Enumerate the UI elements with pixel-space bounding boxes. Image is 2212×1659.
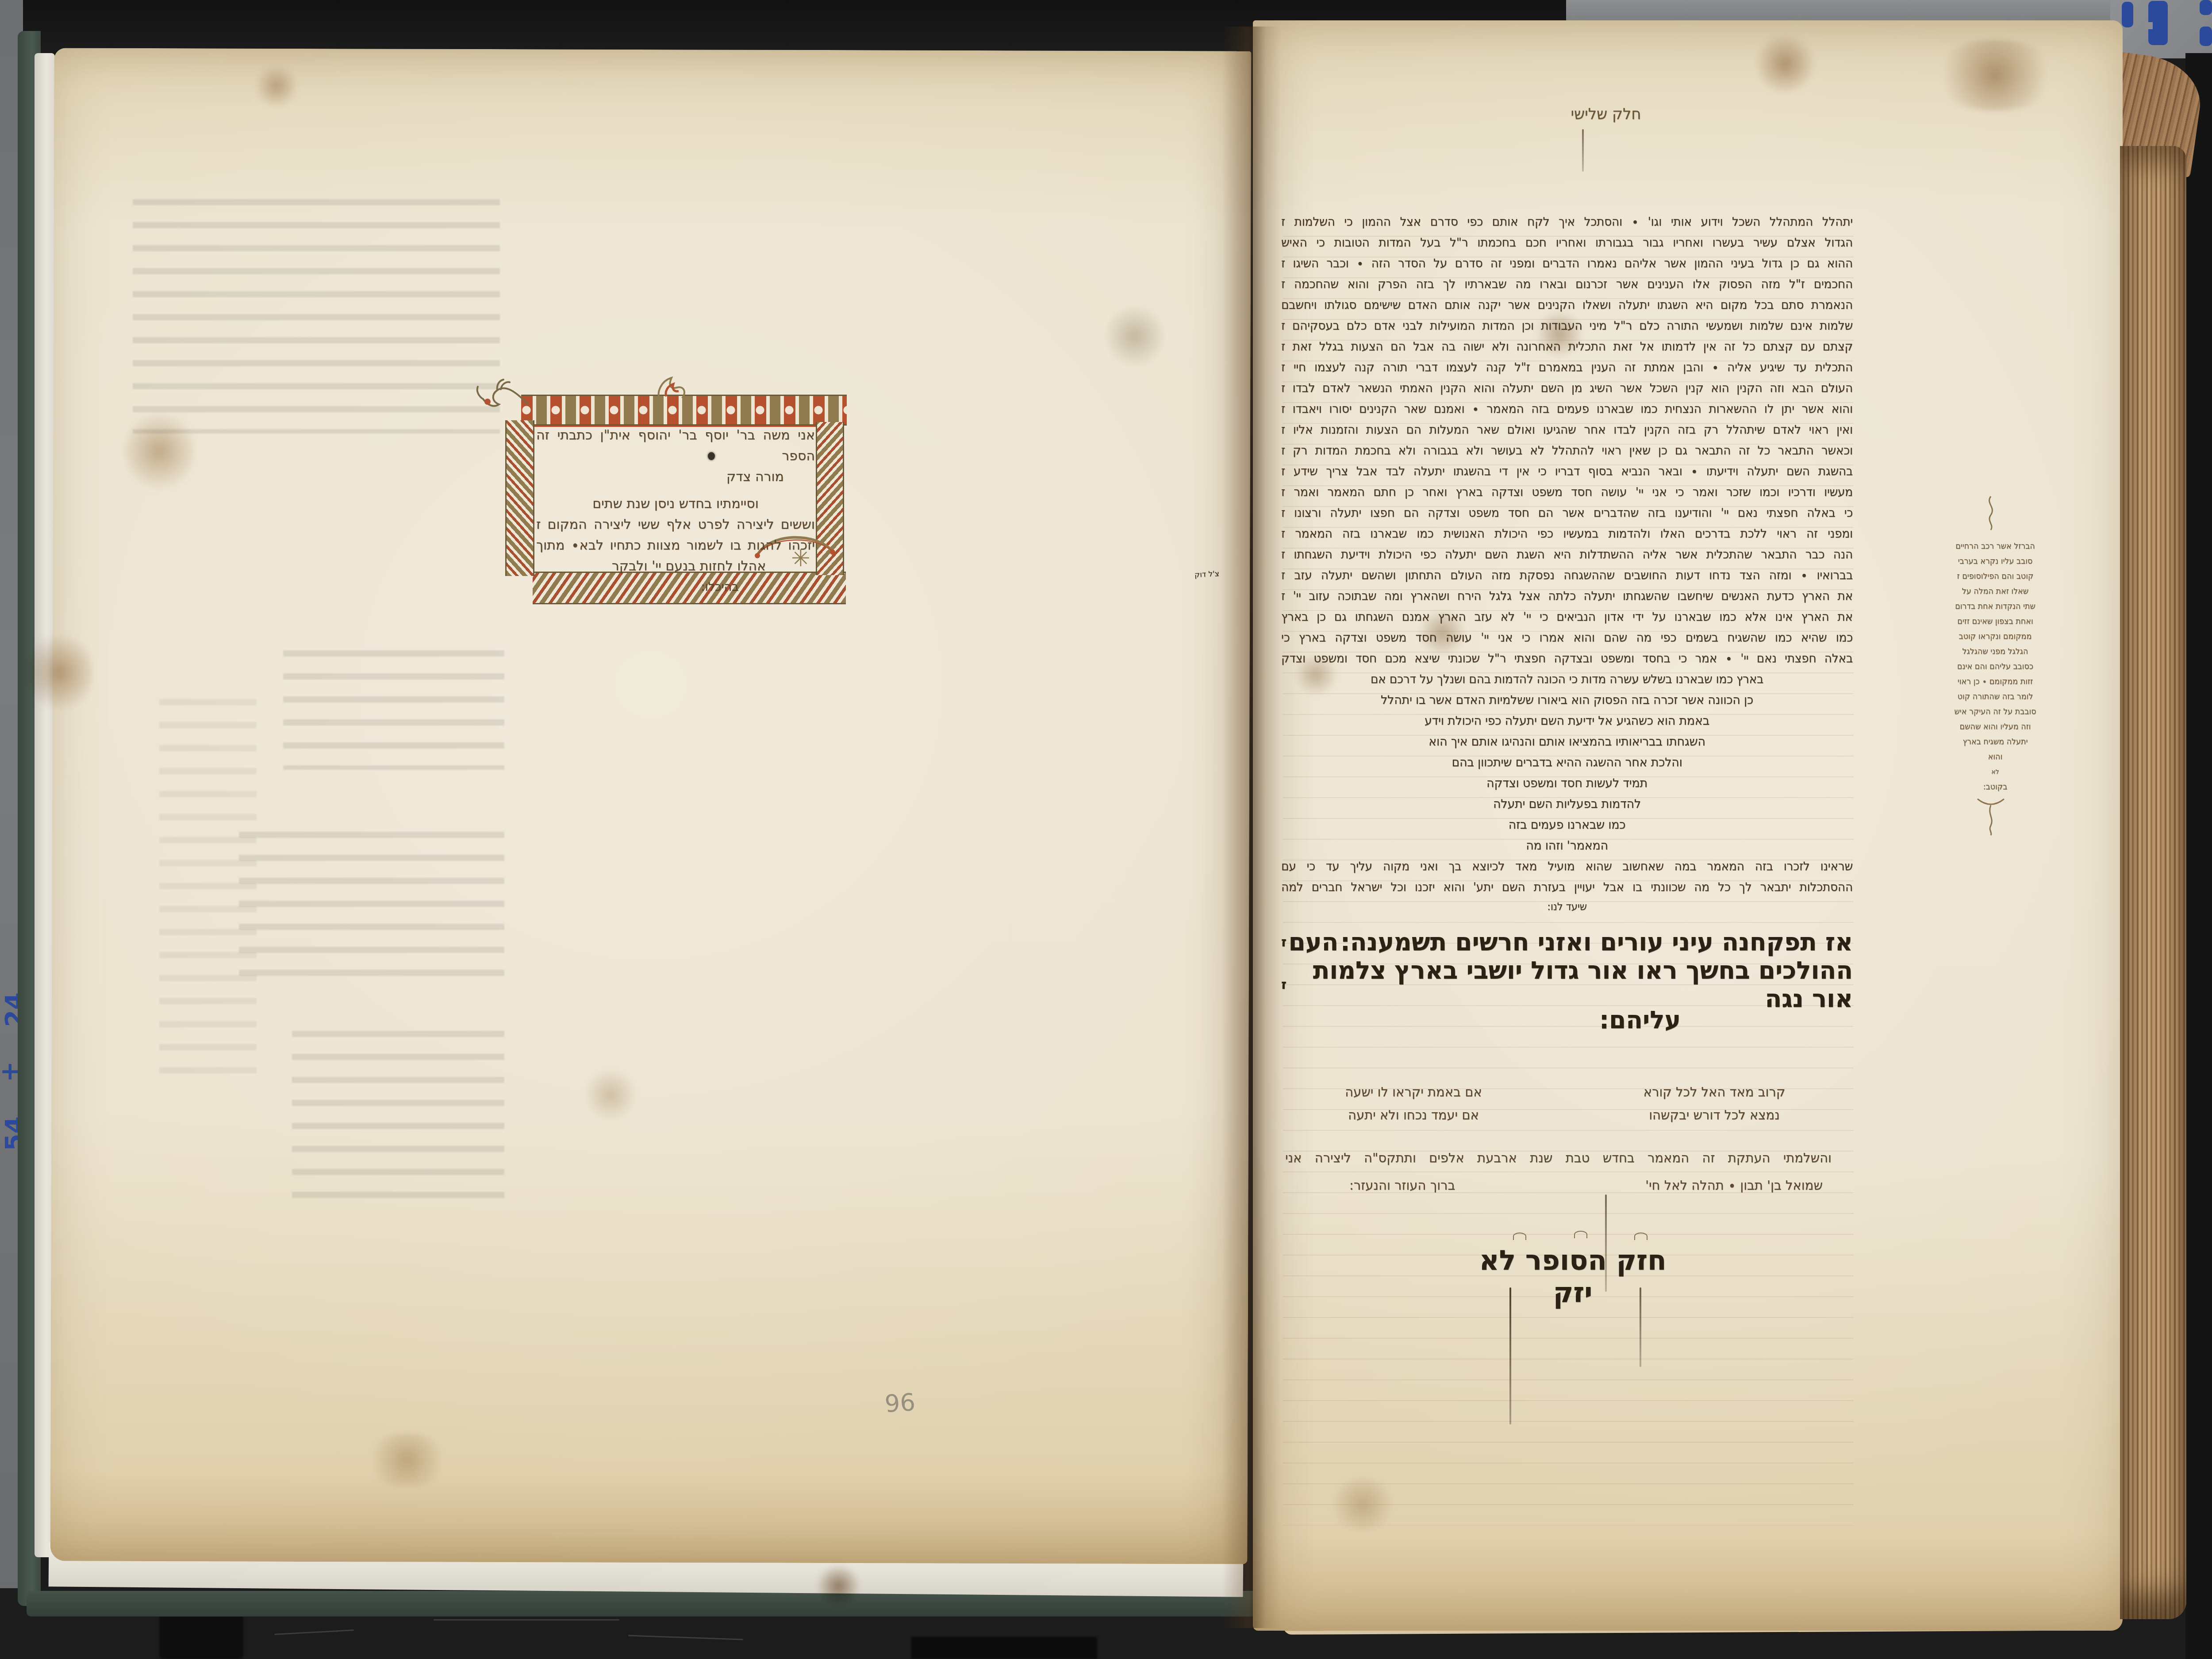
taper-line: באמת הוא כשהגיע אל ידיעת השם יתעלה כפי ה… [1281, 714, 1853, 735]
text-line: מעשיו ודרכיו וכמו שזכר ואמר כי אני יי' ע… [1281, 485, 1853, 506]
text-line: בברואיו ∙ ומזה הצד נדחו דעות החושבים שהה… [1281, 568, 1853, 589]
pencil-folio-number: 96 [884, 1388, 916, 1418]
margin-note-line: לומר בזה שהתורה קוט [1943, 689, 2047, 704]
verse-text: ההולכים בחשך ראו אור גדול יושבי בארץ צלמ… [1286, 956, 1853, 1013]
scribe-blessing: חזק הסופר לא יזק [1473, 1244, 1672, 1309]
text-line: כי באלה חפצתי נאם יי' והודיענו בזה שהדבר… [1281, 506, 1853, 527]
stain [814, 1566, 863, 1606]
stain [363, 1433, 451, 1486]
text-line: את הארץ כדעת האנשים שיחשבו שהשגחתו יתעלה… [1281, 589, 1853, 610]
running-title: חלק שלישי [1548, 105, 1663, 123]
stain [27, 628, 93, 717]
text-line: ואין ראוי לאדם שיתהלל רק בזה הקנין לבדו … [1281, 423, 1853, 444]
descender-stroke [1640, 1287, 1641, 1367]
descender-stroke [1509, 1287, 1511, 1425]
taper-line: והלכת אחר ההשגה ההיא בדברים שיתכוון בהם [1281, 756, 1853, 776]
text-line: יתהלל המתהלל השכל וידוע אותי וגו' ∙ והסת… [1281, 215, 1853, 236]
stain [124, 407, 195, 495]
label-letter-fragment [2122, 2, 2133, 27]
taper-line: המאמר' וזהו מה [1281, 839, 1853, 860]
interlace-chain-icon [505, 420, 534, 576]
colophon-line: וסיימתיו בחדש ניסן שנת שתים [536, 493, 815, 514]
descender-stroke [1605, 1194, 1607, 1292]
taper-line: כמו שבארנו פעמים בזה [1281, 818, 1853, 839]
translator-colophon-name: שמואל בן' תבון ∙ תהלה לאל חי' [1575, 1178, 1823, 1193]
text-line: וכאשר התבאר כל זה התבאר גם כן שאין ראוי … [1281, 444, 1853, 465]
gutter-shadow [1222, 27, 1280, 1628]
running-title-descender [1582, 129, 1584, 172]
background-right-edge [2185, 53, 2212, 1659]
margin-flourish-icon [1978, 495, 2004, 531]
main-text-block: יתהלל המתהלל השכל וידוע אותי וגו' ∙ והסת… [1281, 215, 1853, 1048]
margin-note-tail: והוא [1943, 749, 2047, 764]
text-line: בהשגת השם יתעלה וידיעתו ∙ ובאר הנביא בסו… [1281, 465, 1853, 485]
verse-text: אז תפקחנה עיני עורים ואזני חרשים תשמענה: [1340, 928, 1853, 956]
taper-line: תמיד לעשות חסד ומשפט וצדקה [1281, 776, 1853, 797]
text-line: העולם הבא וזה הקנין הוא קנין השכל אשר הש… [1281, 381, 1853, 402]
label-letter-notch [2145, 22, 2153, 29]
margin-note-line: הגלגל מפני שהגלגל [1943, 644, 2047, 659]
label-letter-fragment [2200, 27, 2212, 46]
text-line: הנאמרת סתם בכל מקום היא השגתו יתעלה ושאל… [1281, 298, 1853, 319]
margin-note-line: שאלו זאת המלה על [1943, 584, 2047, 599]
closing-line: שראינו לזכרו בזה המאמר במה שאחשוב שהוא מ… [1281, 860, 1853, 880]
poem-line: קרוב מאד האל לכל קורא [1610, 1080, 1818, 1103]
poem-line: אם באמת יקראו לו ישעה [1310, 1080, 1517, 1103]
translator-colophon-blessing: ברוך העוזר והנעזר: [1349, 1178, 1535, 1193]
bleedthrough-text [292, 1018, 504, 1203]
translator-colophon-line: והשלמתי העתקת זה המאמר בחדש טבת שנת ארבע… [1285, 1150, 1832, 1165]
text-line: התכלית עד שיגיע אליה ∙ והבן אמתת זה העני… [1281, 361, 1853, 381]
crown-flourish-icon [1634, 1233, 1647, 1240]
colophon-line: אהלו לחזות בנעם יי' ולבקר [536, 556, 815, 576]
scratch-mark [434, 1619, 619, 1621]
bleedthrough-text [239, 818, 504, 987]
flame-flourish-icon [651, 374, 691, 405]
text-line: הנה כבר התבאר שהתכלית אשר אליה ההשתדלות … [1281, 548, 1853, 568]
text-line: את הארץ אינו אלא כמו שבארנו על ידי אדון … [1281, 610, 1853, 631]
bleedthrough-text [283, 637, 504, 770]
colophon-line: וששים ליצירה לפרט אלף ששי ליצירה המקום ז [536, 514, 815, 535]
text-line: ההוא גם כן גדול בעיני ההמון אשר אליהם נא… [1281, 257, 1853, 277]
colophon-line: מורה צדק [536, 466, 815, 487]
text-line: החכמים ז"ל מזה הפסוק אלו הענינים אשר זכר… [1281, 277, 1853, 298]
clamp-shadow [911, 1637, 1097, 1659]
colophon-line: יזכהו להגות בו לשמור מצוות כתחיו לבא∙ מת… [536, 535, 815, 556]
margin-note-tail: לא [1943, 764, 2047, 780]
margin-note-line: סובבת על זה העיקר איש [1943, 704, 2047, 719]
stain [1106, 301, 1164, 372]
bleedthrough-text [133, 186, 500, 434]
verse-text: העם [1289, 928, 1339, 956]
margin-note-line: הברזל אשר רכב הרחיים [1943, 539, 2047, 554]
margin-note-line: יתעלה משגיח בארץ [1943, 734, 2047, 749]
colophon-box: ✳ אני משה בר' יוסף בר' יהוסף אית"ן כתבתי… [505, 391, 847, 606]
colophon-line: אני משה בר' יוסף בר' יהוסף אית"ן כתבתי ז… [536, 425, 815, 466]
crown-flourish-icon [1513, 1233, 1526, 1240]
margin-note-line: כסובב עליהם והם אינם [1943, 659, 2047, 674]
dragon-head-icon [474, 377, 532, 430]
stain [584, 1066, 637, 1124]
margin-note-line: ממקומם ונקראו קוטב [1943, 629, 2047, 644]
text-line: שלמות אינם שלמות ושמעשי התורה כלם ר"ל מי… [1281, 319, 1853, 340]
margin-note-line: וזה מעליו והוא שהשם [1943, 719, 2047, 734]
cue-line: שיעד לנו: [1281, 901, 1853, 921]
stain [1752, 35, 1818, 93]
text-line: ומפני זה ראוי ללכת בדרכים האלו ולהדמות ב… [1281, 527, 1853, 548]
taper-line: כן הכוונה אשר זכרה בזה הפסוק הוא ביאורו … [1281, 693, 1853, 714]
margin-note-line: זזות ממקומם ∙ כן ראוי [1943, 674, 2047, 689]
stain [257, 62, 296, 111]
poem-line: נמצא לכל דורש יבקשהו [1610, 1103, 1818, 1126]
text-line: כמו שהיא כמו שהשגיח בשמים כפי מה שהם והו… [1281, 631, 1853, 652]
taper-line: להדמות בפעליות השם יתעלה [1281, 797, 1853, 818]
margin-note-tail: בקוטב: [1943, 780, 2047, 795]
bleedthrough-text [159, 686, 257, 1084]
label-letter-fragment [2200, 0, 2212, 15]
margin-note-line: שתי הנקדות אחת בדרום [1943, 599, 2047, 614]
poem-column-left: אם באמת יקראו לו ישעה אם יעמד נכחו ולא י… [1310, 1080, 1517, 1126]
manuscript-photo: 24 + 54 [0, 0, 2212, 1659]
closing-line: ההסתכלות יתבאר לך כל מה שכוונתי בו אבל י… [1281, 880, 1853, 901]
colophon-line: בהיכלו: [536, 576, 815, 597]
spacer [536, 487, 815, 493]
fore-edge-page-stack [2120, 146, 2186, 1619]
margin-note-line: ואחת בצפון שאינם זזים [1943, 614, 2047, 629]
colophon-text: אני משה בר' יוסף בר' יהוסף אית"ן כתבתי ז… [536, 425, 815, 597]
poem-column-right: קרוב מאד האל לכל קורא נמצא לכל דורש יבקש… [1610, 1080, 1818, 1126]
line-filler: ז [1281, 934, 1286, 950]
line-filler: ז [1281, 977, 1286, 992]
margin-note-line: סובב עליו נקרא בערבי [1943, 554, 2047, 569]
text-line: בארץ כמו שבארנו בשלש עשרה מדות כי הכונה … [1281, 672, 1853, 693]
stain [1929, 40, 2062, 111]
margin-flourish-icon [1973, 796, 2008, 836]
margin-note: הברזל אשר רכב הרחיים סובב עליו נקרא בערב… [1943, 539, 2047, 795]
display-verse-line: ההולכים בחשך ראו אור גדול יושבי בארץ צלמ… [1281, 963, 1853, 1006]
text-line: הגדול אצלם עשיר בעשרו ואחריו גבור בגבורת… [1281, 236, 1853, 257]
crown-flourish-icon [1574, 1231, 1587, 1238]
text-line: והוא אשר יתן לו ההשארות הנצחית כמו שבארנ… [1281, 402, 1853, 423]
text-line: קצתם עם קצתם כל זה אין לדמותו אל זאת התכ… [1281, 340, 1853, 361]
text-line: באלה חפצתי נאם יי' ∙ אמר כי בחסד ומשפט ו… [1281, 652, 1853, 672]
margin-note-line: קוטב והם הפילוסופים ז [1943, 569, 2047, 584]
taper-line: השגחתו בבריאותיו בהמציאו אותם והנהיגו או… [1281, 735, 1853, 756]
poem-line: אם יעמד נכחו ולא יתעה [1310, 1103, 1517, 1126]
